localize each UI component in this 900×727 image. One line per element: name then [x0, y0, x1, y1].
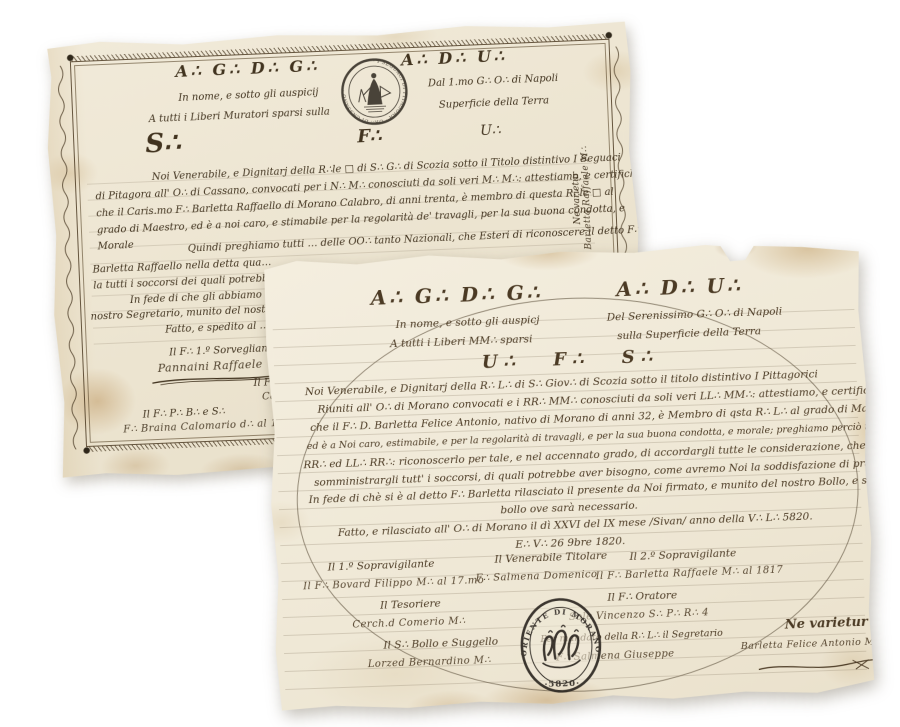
back-initial-s: S∴ — [145, 129, 181, 159]
back-body-line: Morale — [97, 240, 134, 253]
front-document: A∴ G∴ D∴ G∴ In nome, e sotto gli auspicj… — [260, 238, 878, 715]
photograph: A∴ G∴ D∴ G∴ In nome, e sotto gli auspici… — [0, 0, 900, 727]
back-initial-u: U∴ — [480, 123, 501, 139]
oriente-di-morano-seal: ORIENTE DI MORANO ·5820· — [516, 595, 605, 696]
front-sig-role-orator: Il F∴ Oratore — [607, 590, 677, 604]
front-sig-role-treasurer: Il Tesoriere — [380, 599, 441, 613]
front-document-paper: A∴ G∴ D∴ G∴ In nome, e sotto gli auspicj… — [260, 238, 878, 715]
border-corner-blob — [605, 32, 612, 39]
front-motto-left: A∴ G∴ D∴ G∴ — [370, 281, 542, 309]
front-seal-year: ·5820· — [544, 679, 580, 690]
border-corner-blob — [83, 447, 90, 454]
masonic-figure-seal: · I SEGUACI DI PITAGORA · OR∴ DI CASSANO… — [338, 55, 411, 128]
back-initial-f: F∴ — [357, 126, 382, 147]
ne-varietur-label: Ne varietur — [785, 616, 868, 633]
front-motto-right: A∴ D∴ U∴ — [616, 274, 743, 300]
